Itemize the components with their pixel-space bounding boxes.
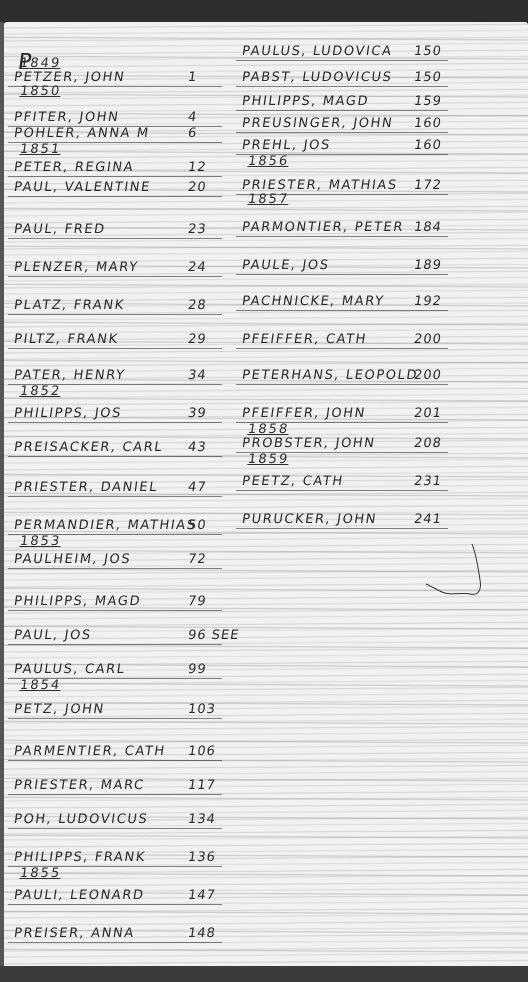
year-heading: 1850 bbox=[19, 84, 62, 99]
year-heading: 1854 bbox=[19, 678, 62, 693]
entry-name: PAUL, VALENTINE bbox=[13, 180, 152, 195]
entry-name: PILTZ, FRANK bbox=[13, 332, 120, 347]
ledger-rule bbox=[236, 490, 448, 491]
entry-name: PARMONTIER, PETER bbox=[241, 220, 405, 235]
entry-number: 189 bbox=[413, 258, 443, 273]
entry-name: PAUL, FRED bbox=[13, 222, 107, 237]
entry-number: 24 bbox=[187, 260, 208, 275]
ledger-rule bbox=[8, 176, 222, 177]
entry-number: 208 bbox=[413, 436, 443, 451]
entry-name: PEETZ, CATH bbox=[241, 474, 345, 489]
entry-number: 148 bbox=[187, 926, 217, 941]
entry-name: PETZER, JOHN bbox=[13, 70, 126, 85]
entry-name: POH, LUDOVICUS bbox=[13, 812, 149, 827]
entry-number: 72 bbox=[187, 552, 208, 567]
entry-number: 117 bbox=[187, 778, 217, 793]
ledger-rule bbox=[236, 132, 448, 133]
entry-name: PAULE, JOS bbox=[241, 258, 331, 273]
entry-name: PAULUS, LUDOVICA bbox=[241, 44, 394, 59]
entry-number: 134 bbox=[187, 812, 217, 827]
ledger-rule bbox=[8, 496, 222, 497]
ledger-rule bbox=[236, 274, 448, 275]
entry-name: PLATZ, FRANK bbox=[13, 298, 126, 313]
entry-number: 34 bbox=[187, 368, 208, 383]
entry-name: PAULI, LEONARD bbox=[13, 888, 146, 903]
entry-name: PREISACKER, CARL bbox=[13, 440, 164, 455]
entry-number: 23 bbox=[187, 222, 208, 237]
entry-number: 160 bbox=[413, 138, 443, 153]
entry-name: PETERHANS, LEOPOLD bbox=[241, 368, 419, 383]
index-page: P 1849PETZER, JOHN11850PFITER, JOHN4POHL… bbox=[4, 22, 528, 966]
entry-name: PARMENTIER, CATH bbox=[13, 744, 167, 759]
ledger-rule bbox=[8, 276, 222, 277]
entry-name: PRIESTER, MARC bbox=[13, 778, 146, 793]
entry-number: 20 bbox=[187, 180, 208, 195]
entry-name: PFEIFFER, CATH bbox=[241, 332, 368, 347]
scan-top-border bbox=[0, 0, 528, 22]
entry-number: 103 bbox=[187, 702, 217, 717]
entry-number: 96 SEE bbox=[187, 628, 240, 643]
ledger-rule bbox=[236, 236, 448, 237]
ledger-rule bbox=[8, 568, 222, 569]
entry-name: PREHL, JOS bbox=[241, 138, 332, 153]
entry-name: PHILIPPS, FRANK bbox=[13, 850, 147, 865]
ledger-rule bbox=[8, 794, 222, 795]
entry-number: 172 bbox=[413, 178, 443, 193]
ledger-rule bbox=[236, 310, 448, 311]
entry-name: PATER, HENRY bbox=[13, 368, 127, 383]
entry-number: 184 bbox=[413, 220, 443, 235]
entry-name: PREISER, ANNA bbox=[13, 926, 136, 941]
entry-name: PETER, REGINA bbox=[13, 160, 135, 175]
entry-name: PHILIPPS, JOS bbox=[13, 406, 123, 421]
ledger-rule bbox=[236, 528, 448, 529]
entry-name: PETZ, JOHN bbox=[13, 702, 106, 717]
entry-name: PFEIFFER, JOHN bbox=[241, 406, 367, 421]
ledger-rule bbox=[236, 348, 448, 349]
entry-name: PRIESTER, DANIEL bbox=[13, 480, 159, 495]
entry-number: 136 bbox=[187, 850, 217, 865]
year-heading: 1849 bbox=[19, 56, 62, 71]
entry-number: 79 bbox=[187, 594, 208, 609]
entry-number: 1 bbox=[187, 70, 198, 85]
entry-number: 39 bbox=[187, 406, 208, 421]
entry-number: 50 bbox=[187, 518, 208, 533]
ledger-rule bbox=[236, 384, 448, 385]
entry-name: PABST, LUDOVICUS bbox=[241, 70, 393, 85]
ledger-rule bbox=[8, 904, 222, 905]
entry-number: 28 bbox=[187, 298, 208, 313]
ledger-rule bbox=[8, 760, 222, 761]
entry-number: 231 bbox=[413, 474, 443, 489]
entry-number: 29 bbox=[187, 332, 208, 347]
year-heading: 1851 bbox=[19, 142, 62, 157]
entry-name: PHILIPPS, MAGD bbox=[241, 94, 370, 109]
entry-name: PACHNICKE, MARY bbox=[241, 294, 386, 309]
scan-bottom-border bbox=[0, 966, 528, 982]
entry-number: 47 bbox=[187, 480, 208, 495]
entry-name: PREUSINGER, JOHN bbox=[241, 116, 394, 131]
entry-name: PRIESTER, MATHIAS bbox=[241, 178, 399, 193]
entry-number: 6 bbox=[187, 126, 198, 141]
entry-number: 43 bbox=[187, 440, 208, 455]
entry-name: PLENZER, MARY bbox=[13, 260, 140, 275]
entry-number: 192 bbox=[413, 294, 443, 309]
entry-number: 12 bbox=[187, 160, 208, 175]
entry-number: 200 bbox=[413, 368, 443, 383]
entry-name: PHILIPPS, MAGD bbox=[13, 594, 142, 609]
year-heading: 1853 bbox=[19, 534, 62, 549]
entry-number: 241 bbox=[413, 512, 443, 527]
year-heading: 1856 bbox=[247, 154, 290, 169]
entry-number: 99 bbox=[187, 662, 208, 677]
entry-number: 201 bbox=[413, 406, 443, 421]
entry-name: PERMANDIER, MATHIAS bbox=[13, 518, 198, 533]
entry-number: 160 bbox=[413, 116, 443, 131]
entry-number: 200 bbox=[413, 332, 443, 347]
year-heading: 1858 bbox=[247, 422, 290, 437]
entry-number: 106 bbox=[187, 744, 217, 759]
entry-name: POHLER, ANNA M bbox=[13, 126, 151, 141]
ledger-rule bbox=[8, 644, 222, 645]
year-heading: 1859 bbox=[247, 452, 290, 467]
ledger-rule bbox=[8, 942, 222, 943]
ledger-rule bbox=[8, 422, 222, 423]
entry-name: PURUCKER, JOHN bbox=[241, 512, 378, 527]
ledger-rule bbox=[236, 60, 448, 61]
entry-number: 147 bbox=[187, 888, 217, 903]
ledger-rule bbox=[236, 110, 448, 111]
pen-squiggle-mark bbox=[420, 540, 500, 600]
entry-name: PAUL, JOS bbox=[13, 628, 93, 643]
year-heading: 1857 bbox=[247, 192, 290, 207]
entry-number: 4 bbox=[187, 110, 198, 125]
ledger-rule bbox=[8, 238, 222, 239]
ledger-rule bbox=[8, 196, 222, 197]
entry-name: PAULHEIM, JOS bbox=[13, 552, 132, 567]
ledger-rule bbox=[8, 610, 222, 611]
entry-number: 150 bbox=[413, 44, 443, 59]
year-heading: 1855 bbox=[19, 866, 62, 881]
ledger-rule bbox=[8, 314, 222, 315]
entry-number: 159 bbox=[413, 94, 443, 109]
entry-number: 150 bbox=[413, 70, 443, 85]
entry-name: PROBSTER, JOHN bbox=[241, 436, 377, 451]
entry-name: PAULUS, CARL bbox=[13, 662, 127, 677]
year-heading: 1852 bbox=[19, 384, 62, 399]
ledger-rule bbox=[8, 456, 222, 457]
entry-name: PFITER, JOHN bbox=[13, 110, 120, 125]
ledger-rule bbox=[8, 348, 222, 349]
ledger-rule bbox=[8, 718, 222, 719]
ledger-rule bbox=[8, 828, 222, 829]
ledger-rule bbox=[236, 86, 448, 87]
